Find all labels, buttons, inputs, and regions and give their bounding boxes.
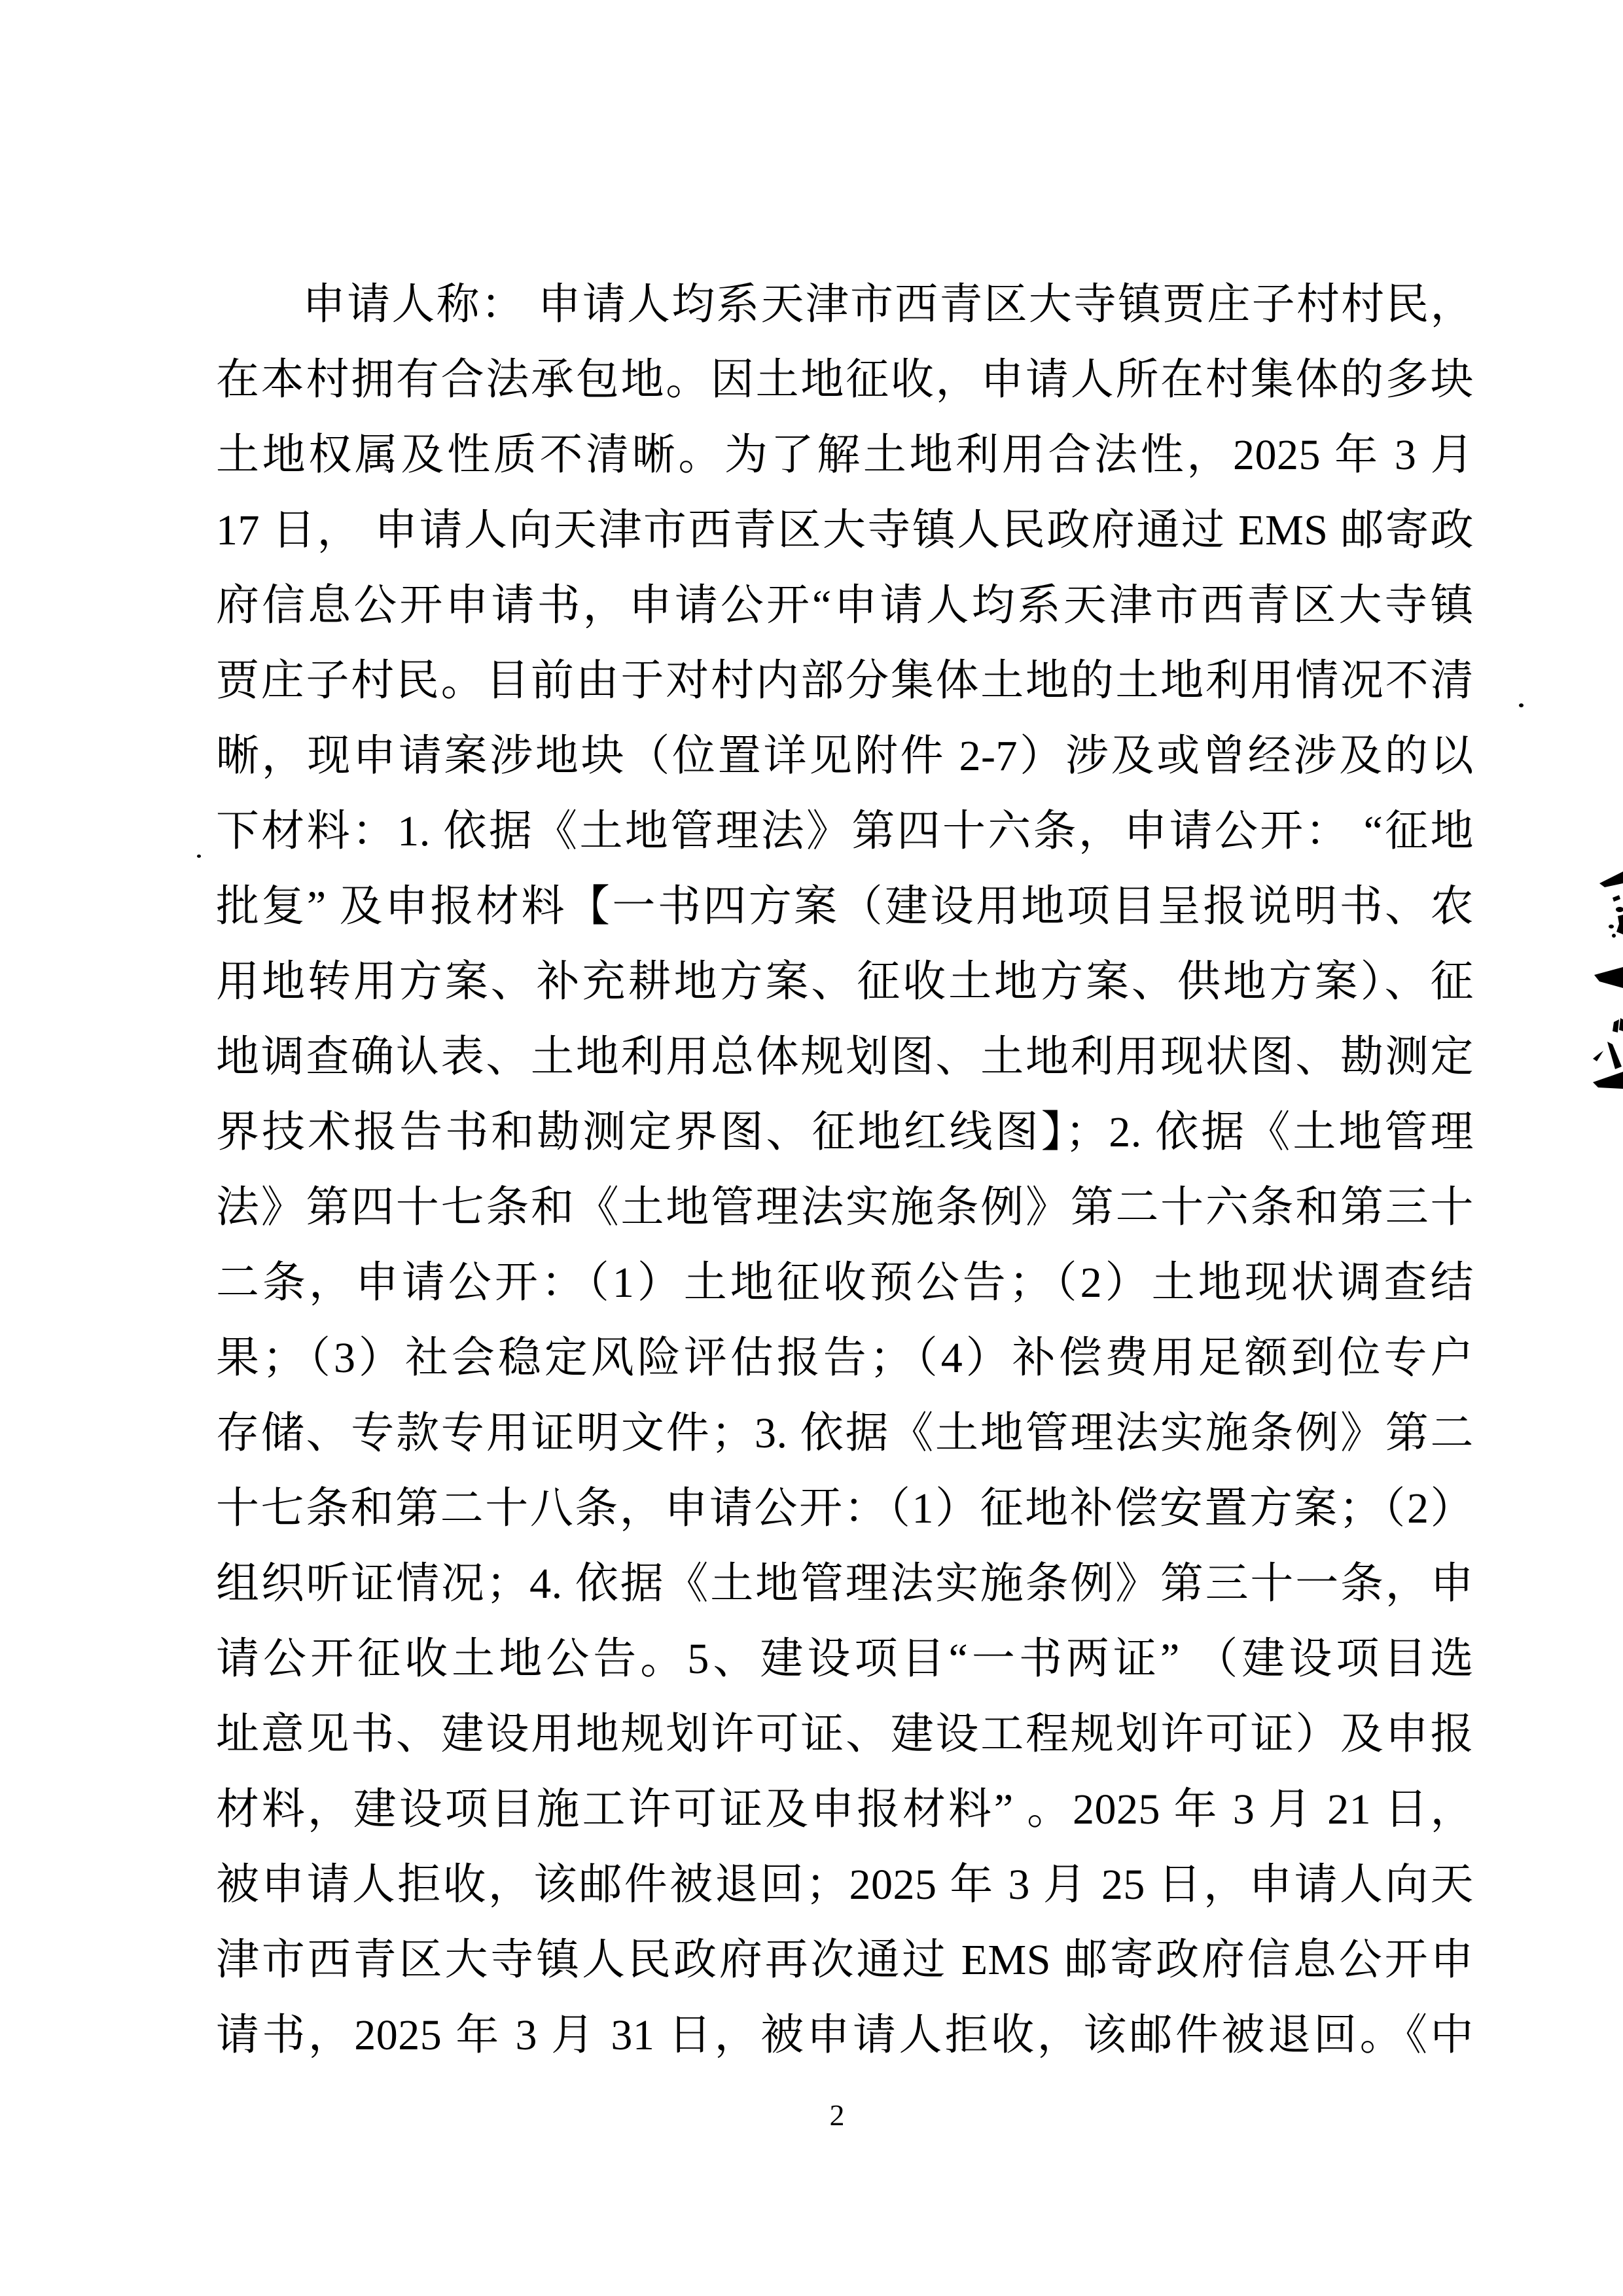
text-line: 界技术报告书和勘测定界图、征地红线图】；2. 依据《土地管理 [216,1095,1474,1170]
text-line: 府信息公开申请书，申请公开“申请人均系天津市西青区大寺镇 [216,568,1474,643]
text-line: 土地权属及性质不清晰。为了解土地利用合法性，2025 年 3 月 [216,417,1474,493]
paragraph: 申请人称： 申请人均系天津市西青区大寺镇贾庄子村村民，在本村拥有合法承包地。因土… [216,267,1474,2073]
text-line: 用地转用方案、补充耕地方案、征收土地方案、供地方案）、征 [216,944,1474,1019]
scan-speck-icon [1519,703,1524,707]
text-line: 申请人称： 申请人均系天津市西青区大寺镇贾庄子村村民， [216,267,1474,342]
text-line: 二条，申请公开：（1）土地征收预公告；（2）土地现状调查结 [216,1245,1474,1320]
text-line: 被申请人拒收，该邮件被退回；2025 年 3 月 25 日，申请人向天 [216,1847,1474,1922]
text-line: 材料，建设项目施工许可证及申报材料” 。2025 年 3 月 21 日， [216,1772,1474,1847]
text-line: 十七条和第二十八条，申请公开：（1）征地补偿安置方案；（2） [216,1471,1474,1546]
text-line: 请书，2025 年 3 月 31 日，被申请人拒收，该邮件被退回。《中 [216,1998,1474,2073]
document-page: 申请人称： 申请人均系天津市西青区大寺镇贾庄子村村民，在本村拥有合法承包地。因土… [0,0,1623,2296]
text-line: 晰，现申请案涉地块（位置详见附件 2-7）涉及或曾经涉及的以 [216,718,1474,794]
text-line: 请公开征收土地公告。5、建设项目“一书两证” （建设项目选 [216,1621,1474,1697]
text-line: 果；（3）社会稳定风险评估报告；（4）补偿费用足额到位专户 [216,1320,1474,1396]
text-line: 法》第四十七条和《土地管理法实施条例》第二十六条和第三十 [216,1170,1474,1245]
text-line: 津市西青区大寺镇人民政府再次通过 EMS 邮寄政府信息公开申 [216,1922,1474,1998]
text-line: 在本村拥有合法承包地。因土地征收，申请人所在村集体的多块 [216,342,1474,417]
text-line: 址意见书、建设用地规划许可证、建设工程规划许可证）及申报 [216,1697,1474,1772]
text-line: 下材料：1. 依据《土地管理法》第四十六条，申请公开： “征地 [216,794,1474,869]
page-number: 2 [0,2100,1623,2130]
ink-smudge-icon [1584,864,1623,1106]
text-line: 地调查确认表、土地利用总体规划图、土地利用现状图、勘测定 [216,1019,1474,1095]
text-line: 存储、专款专用证明文件；3. 依据《土地管理法实施条例》第二 [216,1396,1474,1471]
text-line: 组织听证情况；4. 依据《土地管理法实施条例》第三十一条，申 [216,1546,1474,1621]
text-line: 17 日， 申请人向天津市西青区大寺镇人民政府通过 EMS 邮寄政 [216,493,1474,568]
scan-speck-icon [197,855,201,858]
text-line: 批复” 及申报材料【一书四方案（建设用地项目呈报说明书、农 [216,869,1474,944]
text-line: 贾庄子村民。目前由于对村内部分集体土地的土地利用情况不清 [216,643,1474,718]
